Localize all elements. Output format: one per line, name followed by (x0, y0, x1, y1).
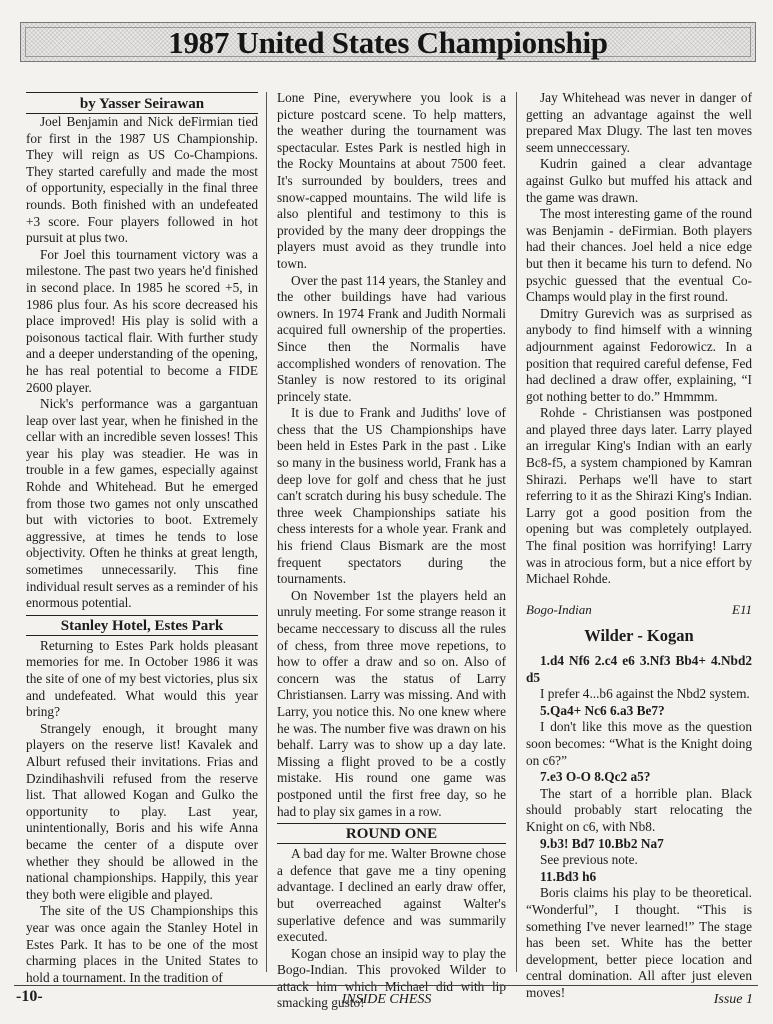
paragraph: The site of the US Championships this ye… (26, 903, 258, 986)
move-note: I prefer 4...b6 against the Nbd2 system. (526, 686, 752, 703)
column-3: Jay Whitehead was never in danger of get… (526, 90, 752, 1001)
paragraph: For Joel this tournament victory was a m… (26, 247, 258, 396)
opening-info: Bogo-Indian E11 (526, 602, 752, 619)
paragraph: Strangely enough, it brought many player… (26, 721, 258, 904)
title-banner-inner: 1987 United States Championship (25, 27, 751, 57)
game-moves: 5.Qa4+ Nc6 6.a3 Be7? (526, 703, 752, 720)
eco-code: E11 (732, 602, 752, 619)
paragraph: Returning to Estes Park holds pleasant m… (26, 638, 258, 721)
paragraph: Joel Benjamin and Nick deFirmian tied fo… (26, 114, 258, 247)
section-heading-stanley-hotel: Stanley Hotel, Estes Park (26, 615, 258, 636)
paragraph: Over the past 114 years, the Stanley and… (277, 273, 506, 406)
paragraph: Jay Whitehead was never in danger of get… (526, 90, 752, 156)
magazine-name: INSIDE CHESS (0, 992, 773, 1008)
page-title: 1987 United States Championship (168, 27, 607, 58)
paragraph: Lone Pine, everywhere you look is a pict… (277, 90, 506, 273)
paragraph: On November 1st the players held an unru… (277, 588, 506, 820)
game-moves: 11.Bd3 h6 (526, 869, 752, 886)
byline: by Yasser Seirawan (26, 92, 258, 114)
game-moves: 1.d4 Nf6 2.c4 e6 3.Nf3 Bb4+ 4.Nbd2 d5 (526, 653, 752, 686)
title-banner: 1987 United States Championship (20, 22, 756, 62)
column-divider (266, 92, 267, 972)
column-divider (516, 92, 517, 972)
column-1: by Yasser Seirawan Joel Benjamin and Nic… (26, 90, 258, 986)
game-moves: 9.b3! Bd7 10.Bb2 Na7 (526, 836, 752, 853)
move-note: See previous note. (526, 852, 752, 869)
paragraph: A bad day for me. Walter Browne chose a … (277, 846, 506, 946)
paragraph: Rohde - Christiansen was postponed and p… (526, 405, 752, 588)
paragraph: Kudrin gained a clear advantage against … (526, 156, 752, 206)
issue-label: Issue 1 (714, 992, 753, 1008)
column-2: Lone Pine, everywhere you look is a pict… (277, 90, 506, 1012)
paragraph: Dmitry Gurevich was as surprised as anyb… (526, 306, 752, 406)
game-players: Wilder - Kogan (526, 628, 752, 645)
footer-rule (14, 985, 758, 986)
move-note: The start of a horrible plan. Black shou… (526, 786, 752, 836)
paragraph: The most interesting game of the round w… (526, 206, 752, 306)
opening-name: Bogo-Indian (526, 602, 592, 619)
move-note: I don't like this move as the question s… (526, 719, 752, 769)
paragraph: Nick's performance was a gargantuan leap… (26, 396, 258, 612)
game-moves: 7.e3 O-O 8.Qc2 a5? (526, 769, 752, 786)
paragraph: It is due to Frank and Judiths' love of … (277, 405, 506, 588)
section-heading-round-one: ROUND ONE (277, 823, 506, 844)
